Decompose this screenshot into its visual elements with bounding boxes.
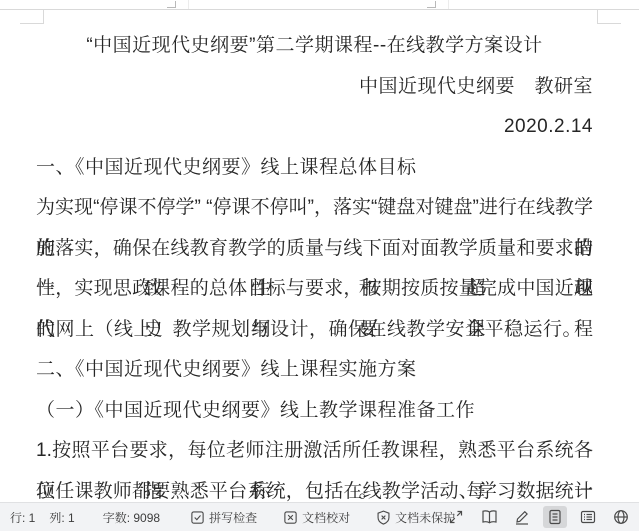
- status-bar: 行: 1 列: 1 字数: 9098 拼写检查: [0, 502, 639, 531]
- line-number-label: 行: 1: [10, 509, 35, 526]
- page-view-icon[interactable]: [543, 506, 567, 528]
- column-number-label: 列: 1: [49, 509, 74, 526]
- fullscreen-icon[interactable]: [444, 506, 468, 528]
- page-divider-line: [188, 0, 189, 9]
- page-margin-mark: [167, 1, 176, 8]
- document-date[interactable]: 2020.2.14: [36, 107, 593, 148]
- previous-page-strip: [0, 0, 639, 9]
- document-page[interactable]: “中国近现代史纲要”第二学期课程--在线教学方案设计 中国近现代史纲要 教研室 …: [0, 10, 639, 503]
- heading-2-1[interactable]: （一）《中国近现代史纲要》线上教学课程准备工作: [36, 391, 593, 432]
- heading-2[interactable]: 二、《中国近现代史纲要》线上课程实施方案: [36, 350, 593, 391]
- paragraph-line[interactable]: 施落实，确保在线教育教学的质量与线下面对面教学质量和要求的一致性和超越: [36, 229, 593, 270]
- view-mode-switcher: [444, 503, 633, 531]
- edit-mode-icon[interactable]: [510, 506, 534, 528]
- paragraph-line[interactable]: 为实现“停课不停学” “停课不停叫”，落实“键盘对键盘”进行在线教学的措: [36, 188, 593, 229]
- word-count-button[interactable]: 字数: 9098: [103, 509, 160, 526]
- page-margin-mark: [427, 1, 436, 8]
- web-layout-icon[interactable]: [609, 506, 633, 528]
- document-editor-window: “中国近现代史纲要”第二学期课程--在线教学方案设计 中国近现代史纲要 教研室 …: [0, 0, 639, 531]
- cursor-line-indicator: 行: 1: [10, 509, 35, 526]
- proofread-label: 文档校对: [302, 509, 350, 526]
- spell-check-button[interactable]: 拼写检查: [190, 509, 257, 526]
- outline-view-icon[interactable]: [576, 506, 600, 528]
- paragraph-line[interactable]: 1.按照平台要求，每位老师注册激活所任教课程，熟悉平台系统各项指标。每一: [36, 431, 593, 472]
- document-proofread-button[interactable]: 文档校对: [283, 509, 350, 526]
- document-title[interactable]: “中国近现代史纲要”第二学期课程--在线教学方案设计: [36, 26, 593, 67]
- paragraph-line[interactable]: 性，实现思政课程的总体目标与要求，按期按质按量完成中国近现代史纲要课程: [36, 269, 593, 310]
- spell-check-label: 拼写检查: [209, 509, 257, 526]
- document-byline[interactable]: 中国近现代史纲要 教研室: [36, 67, 593, 108]
- document-text-area[interactable]: “中国近现代史纲要”第二学期课程--在线教学方案设计 中国近现代史纲要 教研室 …: [0, 10, 639, 503]
- paragraph-line[interactable]: 位任课教师都要熟悉平台系统，包括在线教学活动、学习数据统计分析、资料类: [36, 472, 593, 504]
- cursor-column-indicator: 列: 1: [49, 509, 74, 526]
- x-square-icon: [283, 510, 298, 525]
- check-square-icon: [190, 510, 205, 525]
- word-count-label: 字数: 9098: [103, 509, 160, 526]
- paragraph-line[interactable]: 的网上（线上）教学规划与设计，确保在线教学安全平稳运行。: [36, 310, 593, 351]
- shield-x-icon: [376, 510, 391, 525]
- page-divider-line: [448, 0, 449, 9]
- heading-1[interactable]: 一、《中国近现代史纲要》线上课程总体目标: [36, 148, 593, 189]
- read-layout-icon[interactable]: [477, 506, 501, 528]
